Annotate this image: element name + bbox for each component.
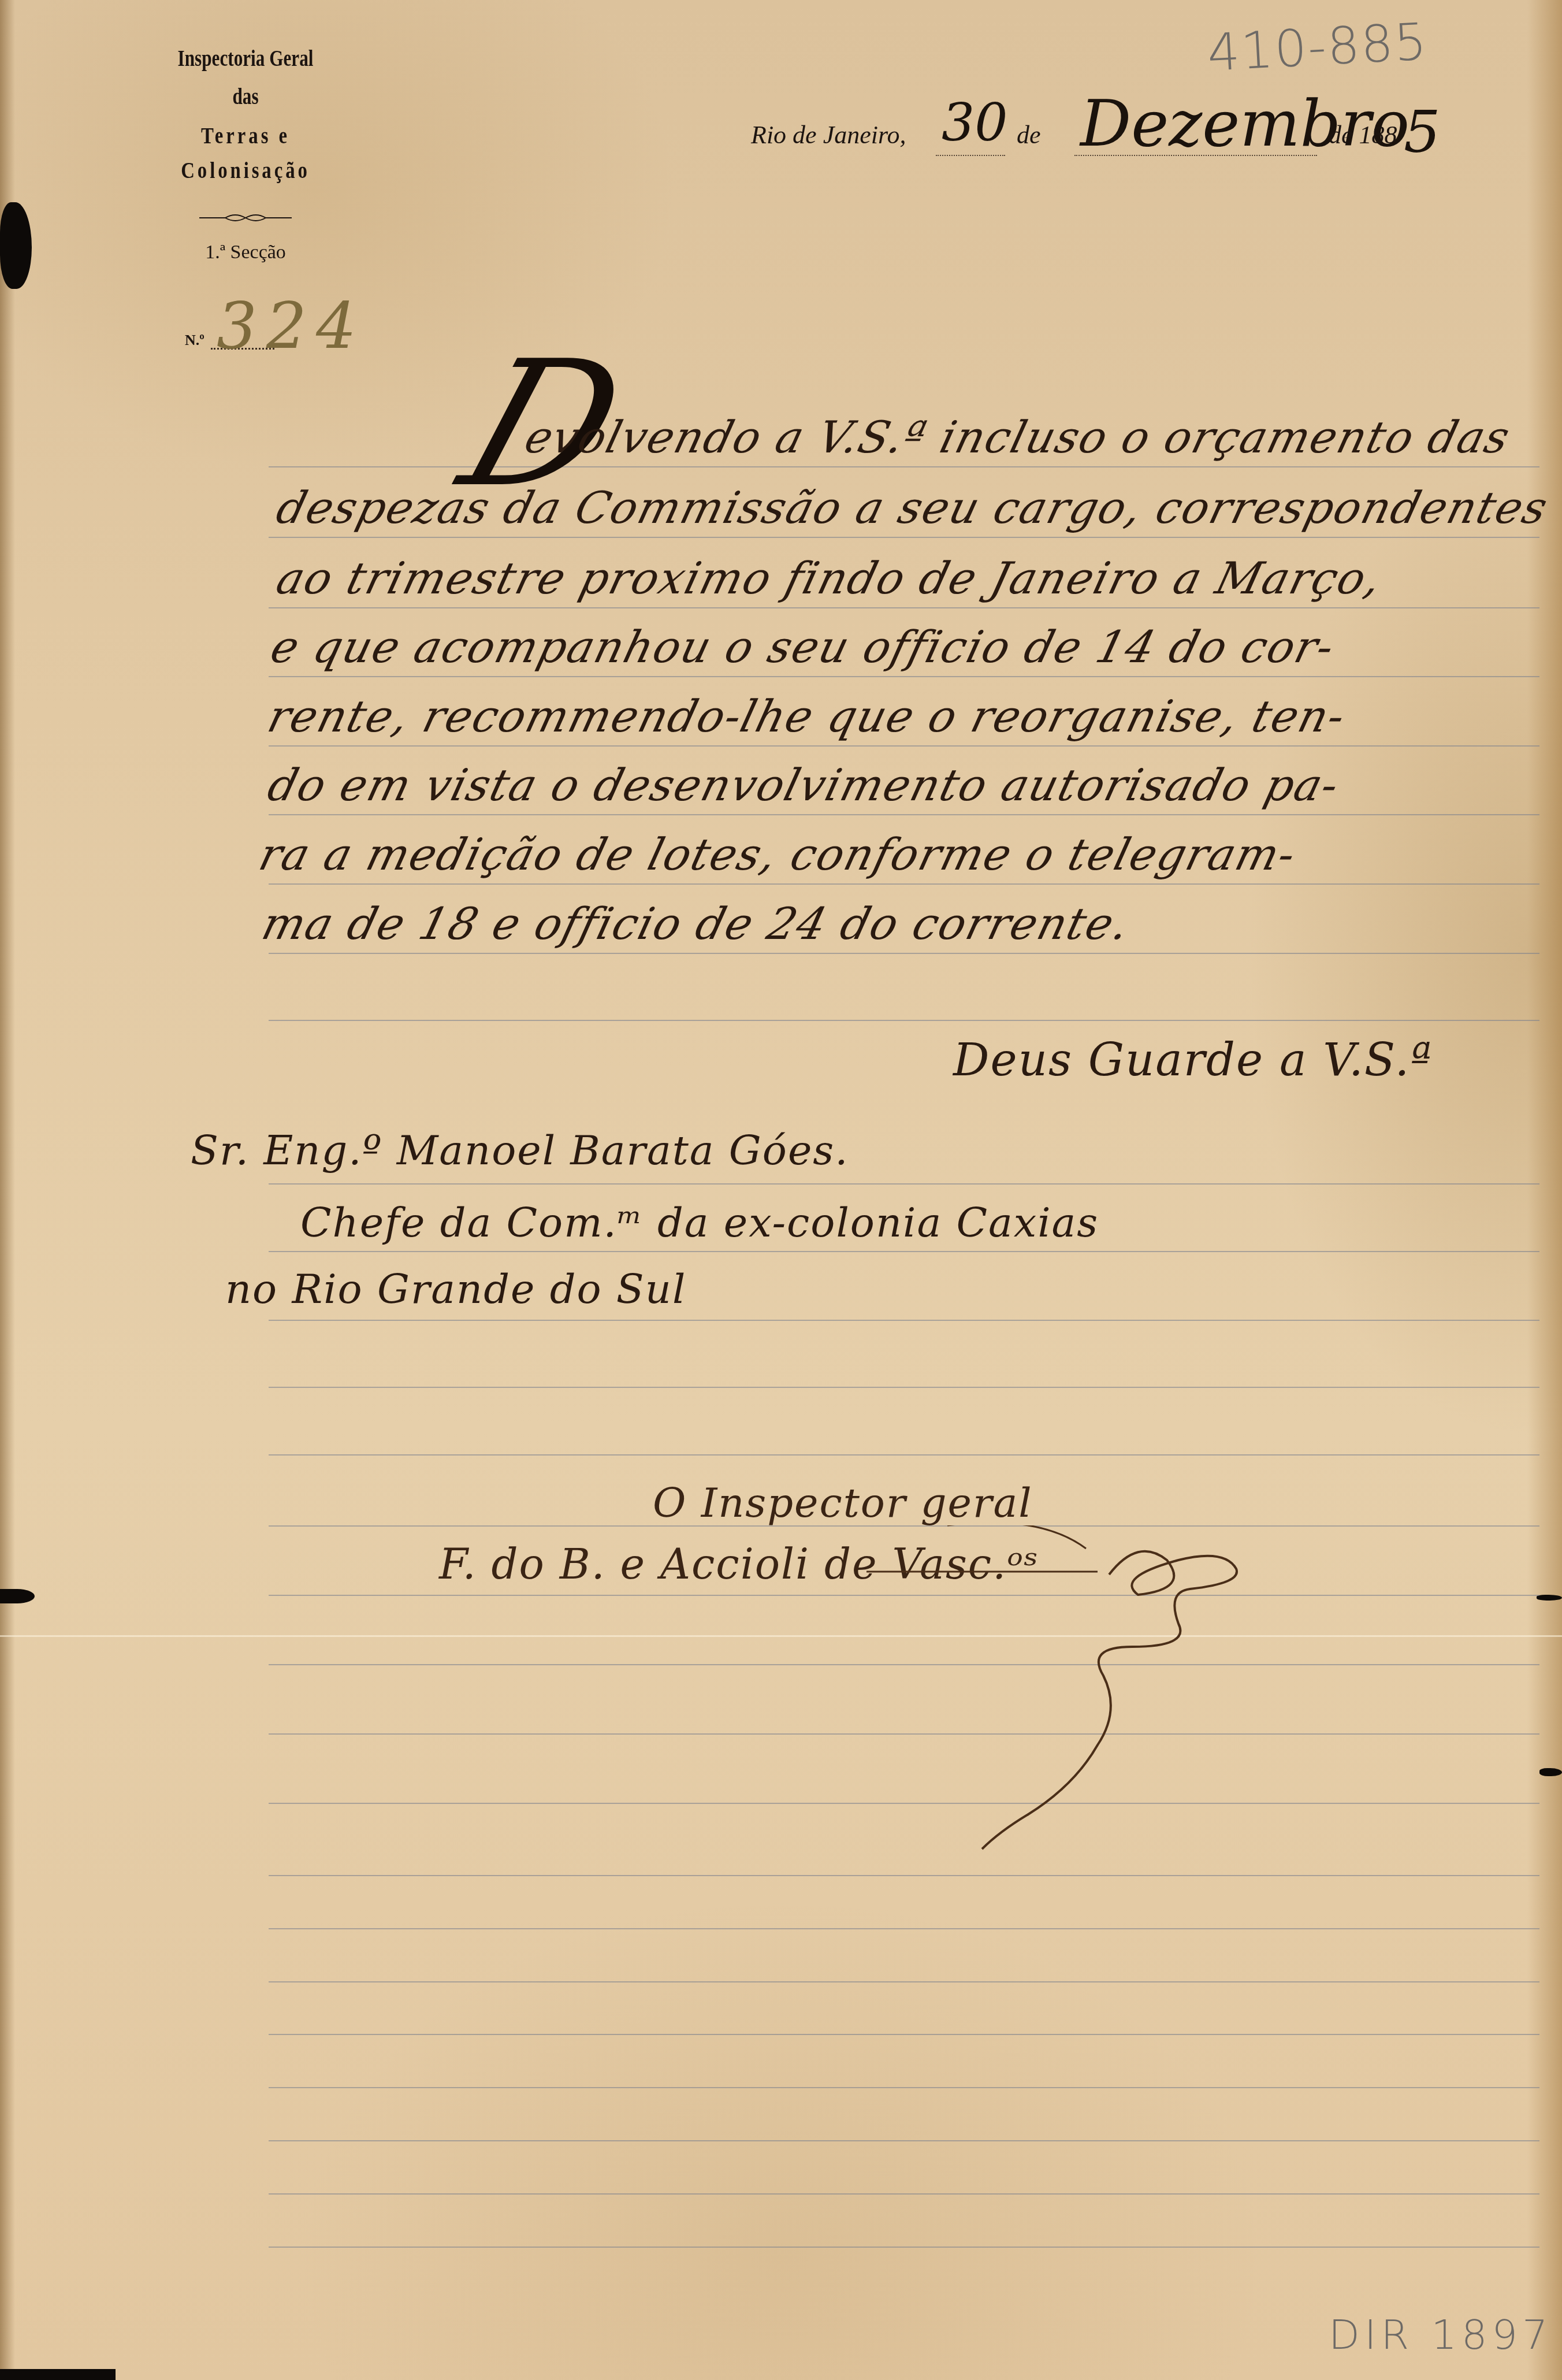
letterhead-title: Inspectoria Geral <box>140 43 352 73</box>
body-line: do em vista o desenvolvimento autorisado… <box>263 759 1345 811</box>
document-number: N.º 324 <box>185 289 416 370</box>
dateline: Rio de Janeiro, 30 de Dezembro de 188 5 <box>751 81 1444 185</box>
paper-tear <box>0 202 32 289</box>
dateline-dotted-line <box>936 155 1005 156</box>
addressee-role: Chefe da Com.ᵐ da ex-colonia Caxias <box>300 1199 1099 1246</box>
dateline-year-prefix: de 188 <box>1329 120 1397 150</box>
addressee-name: Sr. Eng.º Manoel Barata Góes. <box>191 1127 849 1174</box>
signature-title: O Inspector geral <box>653 1479 1033 1527</box>
dateline-de: de <box>1017 120 1041 150</box>
letterhead-section: 1.ª Secção <box>110 242 381 263</box>
body-line: e que acompanhou o seu officio de 14 do … <box>266 621 1340 673</box>
archive-mark-top: 410-885 <box>1206 12 1430 83</box>
letterhead-das: das <box>140 79 352 114</box>
paper-tear <box>0 2369 116 2380</box>
paper-tear <box>0 1589 35 1603</box>
paper-tear <box>1539 1768 1562 1776</box>
paper-right-edge <box>1527 0 1562 2380</box>
number-value: 324 <box>217 289 366 363</box>
closing-salutation: Deus Guarde a V.S.ª <box>953 1034 1433 1086</box>
signature-flourish-icon <box>866 1525 1444 1872</box>
dateline-place: Rio de Janeiro, <box>751 120 906 150</box>
dateline-day: 30 <box>942 92 1008 153</box>
paper-tear <box>1537 1595 1562 1601</box>
dateline-year-digit: 5 <box>1404 98 1441 166</box>
letterhead: Inspectoria Geral das Terras e Colonisaç… <box>110 43 381 263</box>
body-line: rente, recommendo-lhe que o reorganise, … <box>263 690 1351 742</box>
body-line: ao trimestre proximo findo de Janeiro a … <box>272 552 1388 604</box>
body-line: ra a medição de lotes, conforme o telegr… <box>254 829 1301 880</box>
body-line: evolvendo a V.S.ª incluso o orçamento da… <box>520 411 1516 463</box>
letterhead-department: Terras e Colonisação <box>134 118 356 188</box>
addressee-location: no Rio Grande do Sul <box>225 1265 686 1313</box>
ornament-divider-icon <box>199 211 292 225</box>
number-label: N.º <box>185 332 204 349</box>
body-line: ma de 18 e officio de 24 do corrente. <box>257 898 1135 949</box>
archive-mark-bottom: DIR 1897 <box>1329 2311 1553 2359</box>
paper-left-edge <box>0 0 15 2380</box>
body-line: despezas da Commissão a seu cargo, corre… <box>272 482 1554 533</box>
